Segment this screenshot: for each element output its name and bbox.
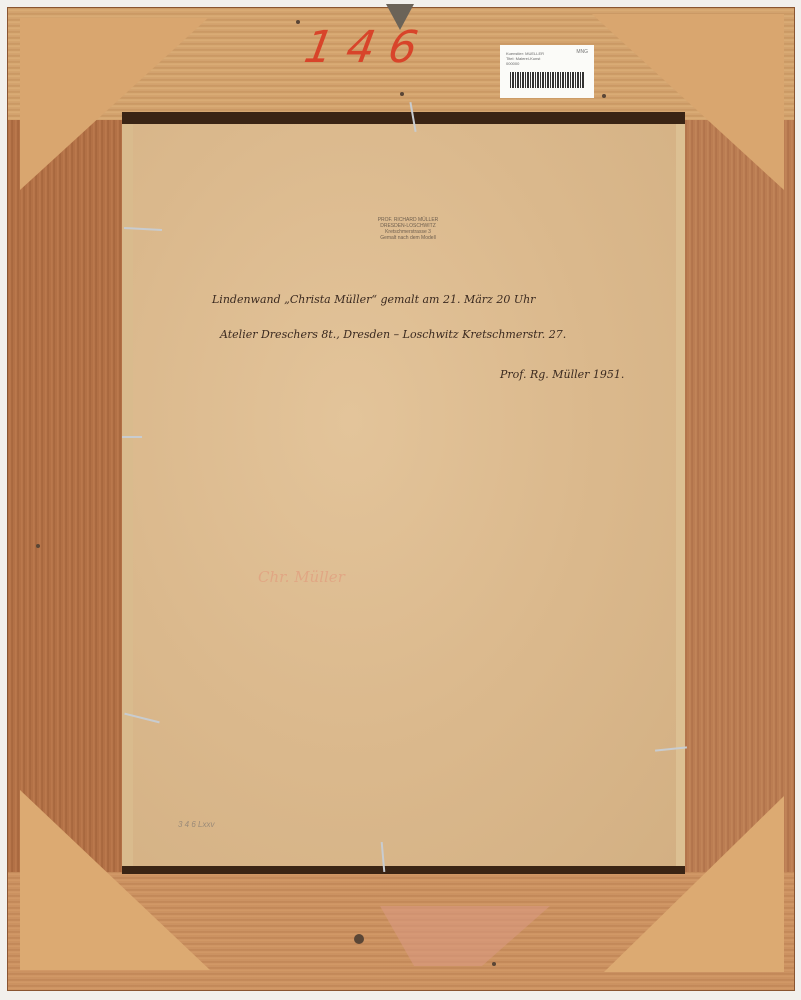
nail-hole: [602, 94, 606, 98]
nail-hole: [492, 962, 496, 966]
nail-icon: [122, 436, 142, 438]
barcode-label: Kuenstler: MUELLER Titel: Malerei-Kunst …: [500, 45, 594, 98]
label-text: Kuenstler: MUELLER Titel: Malerei-Kunst …: [506, 51, 544, 66]
red-crayon-inscription: Chr. Müller: [258, 568, 345, 586]
inscription-signature: Prof. Rg. Müller 1951.: [500, 368, 624, 381]
corner-brace-top-right: [592, 14, 784, 190]
nail-hole: [36, 544, 40, 548]
barcode-icon: [510, 72, 584, 88]
corner-brace-bottom-right: [604, 796, 784, 972]
inscription-line-1: Lindenwand „Christa Müller“ gemalt am 21…: [212, 293, 535, 306]
stamp-line: Gemalt nach dem Modell: [368, 235, 448, 241]
inscription-line-2: Atelier Dreschers 8t., Dresden – Loschwi…: [220, 328, 566, 341]
nail-hole: [400, 92, 404, 96]
pencil-note: 3 4 6 Lxxv: [178, 820, 214, 829]
inventory-number: 146: [301, 22, 436, 73]
corner-brace-top-left: [20, 18, 208, 190]
corner-brace-bottom-left: [20, 790, 210, 970]
wood-knot: [354, 934, 364, 944]
artist-stamp: PROF. RICHARD MÜLLER DRESDEN-LOSCHWITZ K…: [368, 217, 448, 241]
nail-hole: [296, 20, 300, 24]
label-logo: MNG: [576, 49, 588, 55]
